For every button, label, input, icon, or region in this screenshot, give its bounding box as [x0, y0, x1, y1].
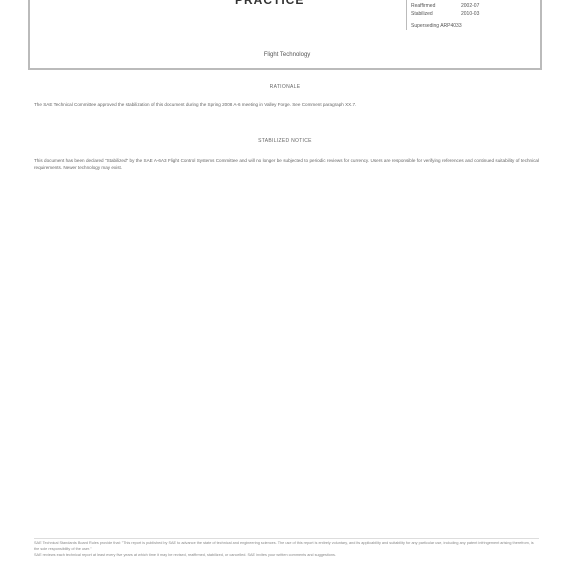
document-subtitle: Flight Technology — [30, 52, 544, 58]
rationale-title: RATIONALE — [0, 84, 570, 90]
document-header: PRACTICE Issued1990-04 Reaffirmed2002-07… — [28, 0, 542, 70]
document-metadata: Issued1990-04 Reaffirmed2002-07 Stabiliz… — [406, 0, 479, 30]
document-type: PRACTICE — [235, 0, 304, 7]
meta-stabilized: Stabilized2010-03 — [411, 10, 479, 18]
footer-line-2: SAE reviews each technical report at lea… — [34, 552, 539, 558]
rationale-text: The SAE Technical Committee approved the… — [34, 101, 539, 108]
footer-line-1: SAE Technical Standards Board Rules prov… — [34, 540, 539, 552]
footer: SAE Technical Standards Board Rules prov… — [34, 540, 539, 558]
stabilized-notice-text: This document has been declared "Stabili… — [34, 157, 539, 171]
meta-reaffirmed: Reaffirmed2002-07 — [411, 2, 479, 10]
footer-divider — [34, 538, 539, 539]
superseding-note: Superseding ARP4033 — [411, 22, 479, 30]
stabilized-notice-title: STABILIZED NOTICE — [0, 138, 570, 144]
